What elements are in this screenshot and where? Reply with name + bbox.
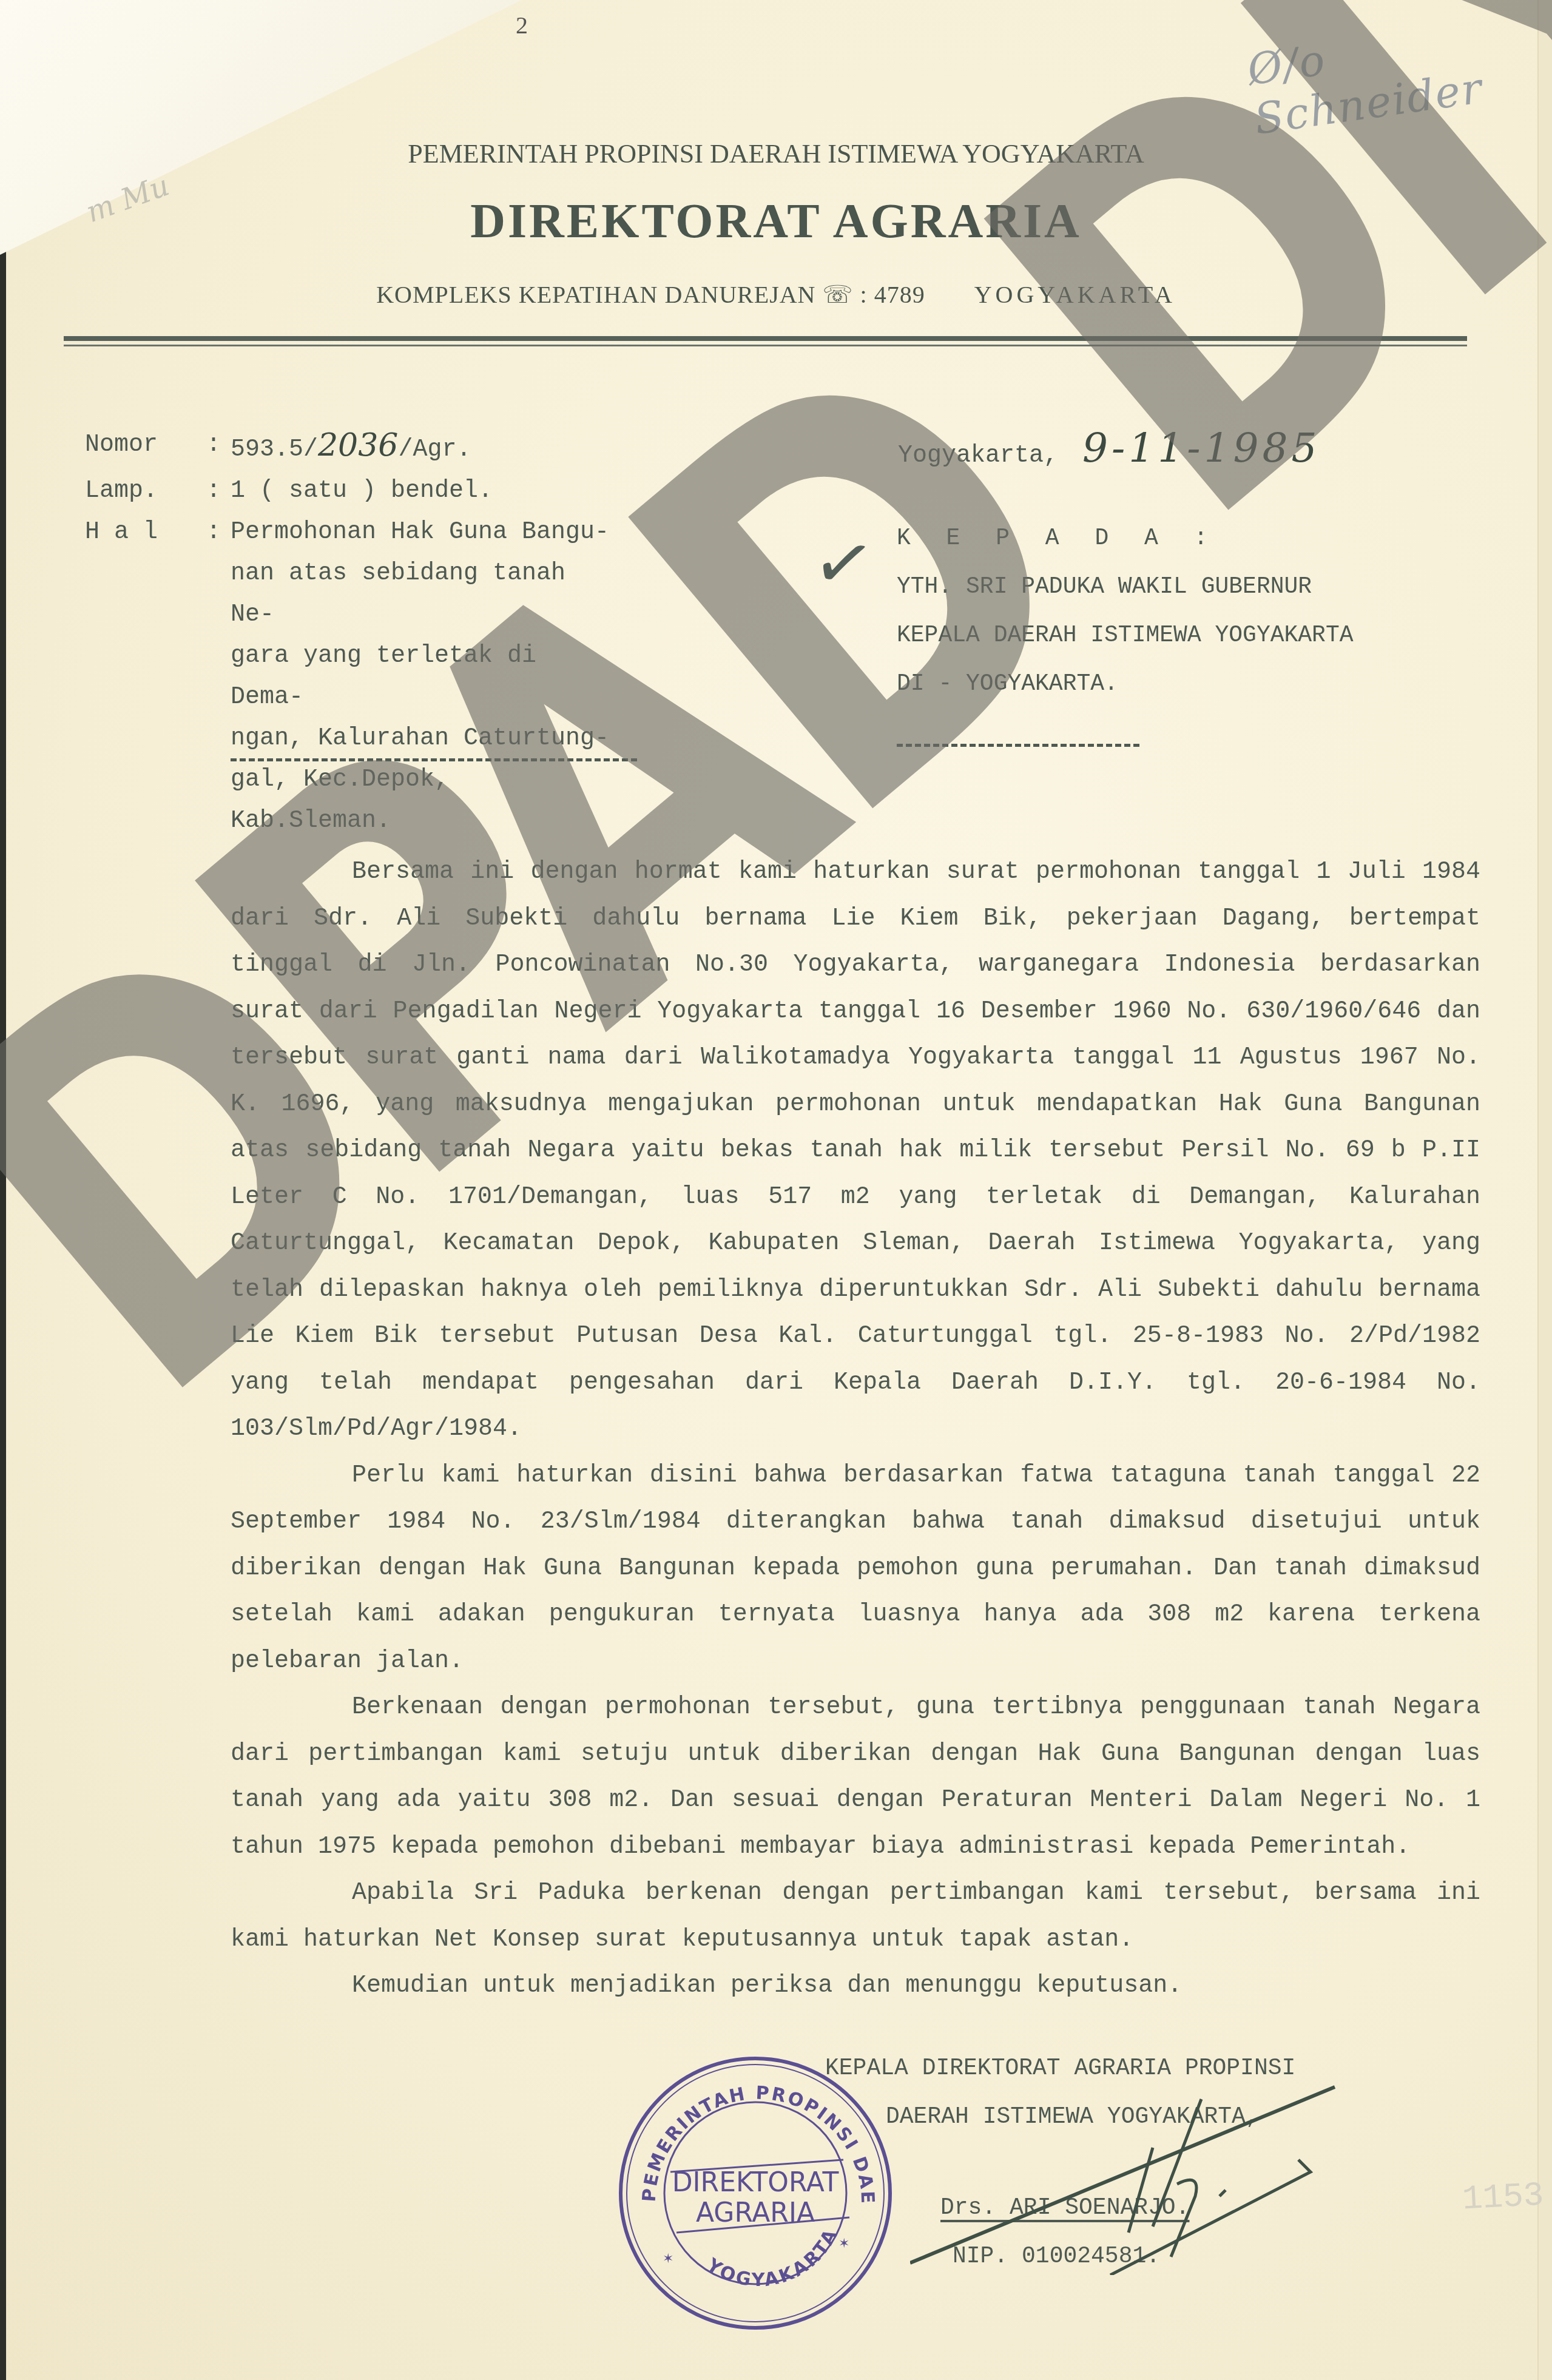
- nomor-handwritten: 2036: [318, 427, 398, 464]
- colon: :: [206, 425, 231, 471]
- address-text: KOMPLEKS KEPATIHAN DANUREJAN: [376, 281, 815, 308]
- star-icon: ✶: [663, 2251, 673, 2266]
- letter-meta: Nomor : 593.5/2036/Agr. Lamp. : 1 ( satu…: [85, 425, 619, 842]
- letterhead-office: DIREKTORAT AGRARIA: [0, 194, 1552, 249]
- body-paragraph: Kemudian untuk menjadikan periksa dan me…: [231, 1963, 1480, 2010]
- meta-hal: H a l : Permohonan Hak Guna Bangu- nan a…: [85, 512, 619, 842]
- hal-line: ngan, Kalurahan Caturtung-: [231, 718, 619, 760]
- recipient-line: DI - YOGYAKARTA.: [897, 660, 1354, 709]
- body-paragraph: Apabila Sri Paduka berkenan dengan perti…: [231, 1870, 1480, 1963]
- lampiran-label: Lamp.: [85, 471, 206, 512]
- stamp-center-line1: DIREKTORAT: [672, 2167, 839, 2198]
- hal-value: Permohonan Hak Guna Bangu- nan atas sebi…: [231, 512, 619, 842]
- recipient-block: K E P A D A : YTH. SRI PADUKA WAKIL GUBE…: [897, 514, 1354, 709]
- date-handwritten: 9-11-1985: [1082, 425, 1321, 471]
- faint-number: 1153: [1461, 2176, 1545, 2219]
- letterhead-city: YOGYAKARTA: [974, 281, 1176, 308]
- colon: :: [206, 471, 231, 512]
- nomor-suffix: /Agr.: [398, 436, 471, 464]
- letter-body: Bersama ini dengan hormat kami haturkan …: [231, 849, 1480, 2010]
- page-marker: 2: [516, 11, 528, 39]
- body-paragraph: Perlu kami haturkan disini bahwa berdasa…: [231, 1453, 1480, 1685]
- letterhead-rule-thick: [64, 336, 1467, 341]
- colon: :: [206, 512, 231, 842]
- letterhead-rule-thin: [64, 345, 1467, 346]
- paper-edge: [1537, 0, 1552, 2380]
- svg-text:YOGYAKARTA: YOGYAKARTA: [703, 2224, 843, 2291]
- letterhead-government: PEMERINTAH PROPINSI DAERAH ISTIMEWA YOGY…: [0, 138, 1552, 169]
- date-place: Yogyakarta,: [898, 442, 1058, 470]
- meta-lampiran: Lamp. : 1 ( satu ) bendel.: [85, 471, 619, 512]
- stamp-bottom-text: YOGYAKARTA: [703, 2224, 843, 2291]
- telephone-icon: ☏: [823, 281, 854, 308]
- hal-line: nan atas sebidang tanah Ne-: [231, 553, 619, 636]
- body-paragraph: Berkenaan dengan permohonan tersebut, gu…: [231, 1685, 1480, 1870]
- letterhead-address: KOMPLEKS KEPATIHAN DANUREJAN ☏ : 4789 YO…: [0, 280, 1552, 309]
- hal-line: gal, Kec.Depok, Kab.Sleman.: [231, 760, 619, 842]
- hal-line: Permohonan Hak Guna Bangu-: [231, 512, 619, 553]
- hal-line: gara yang terletak di Dema-: [231, 636, 619, 718]
- dateline: Yogyakarta,9-11-1985: [898, 425, 1321, 471]
- nomor-prefix: 593.5/: [231, 436, 318, 464]
- recipient-line: KEPALA DAERAH ISTIMEWA YOGYAKARTA: [897, 612, 1354, 660]
- nomor-label: Nomor: [85, 425, 206, 471]
- recipient-line: YTH. SRI PADUKA WAKIL GUBERNUR: [897, 563, 1354, 612]
- subject-underline: [231, 758, 637, 761]
- kepada-label: K E P A D A :: [897, 514, 1354, 563]
- lampiran-value: 1 ( satu ) bendel.: [231, 471, 619, 512]
- handwritten-signature: [910, 2075, 1371, 2275]
- nomor-value: 593.5/2036/Agr.: [231, 425, 619, 471]
- body-paragraph: Bersama ini dengan hormat kami haturkan …: [231, 849, 1480, 1453]
- phone-number: : 4789: [860, 281, 925, 308]
- hal-label: H a l: [85, 512, 206, 842]
- recipient-underline: [897, 744, 1139, 747]
- meta-nomor: Nomor : 593.5/2036/Agr.: [85, 425, 619, 471]
- stamp-center-line2: AGRARIA: [696, 2197, 815, 2228]
